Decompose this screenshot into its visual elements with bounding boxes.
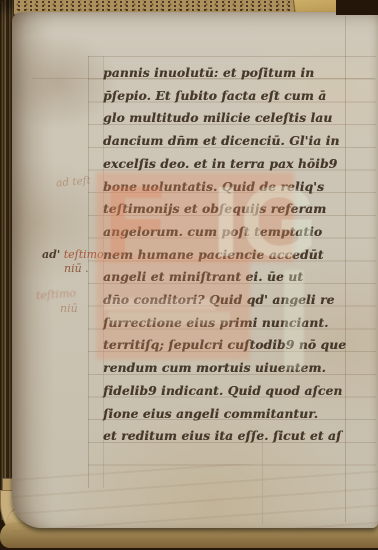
text-block: pannis inuolutū: et poſitum in p̄ſepio. … [103,62,347,448]
manuscript-photo: ad teſt ad' teſtimo niū . teſtimo niū pa… [0,0,378,550]
text-line: angeli et miniſtrant ei. ūe ut [103,266,347,289]
margin-note-ad-testimonium: ad' teſtimo [42,248,104,261]
margin-note-prefix: ad' [42,248,60,261]
text-line: ſurrectione eius primi nunciant. [103,312,347,335]
text-line: dancium dn̄m et dicenciū. Gl'ia in [103,130,347,153]
text-line: glo multitudo milicie celeſtis lau [103,107,347,130]
text-line: fidelib9 indicant. Quid quod aſcen [103,380,347,403]
margin-note-faint: ad teſt [56,175,92,190]
text-line: rendum cum mortuis uiuentem. [103,357,347,380]
text-line: nem humane paciencie accedūt [103,244,347,267]
margin-note-ghost-line2: niū [60,302,78,315]
text-line: angelorum. cum poſt temptatio [103,221,347,244]
margin-note-ghost: teſtimo [36,287,77,303]
text-line: et reditum eius ita eſſe. ſicut et aſ [103,425,347,448]
text-line: dn̄o conditori? Quid qd' angeli re [103,289,347,312]
text-line: teſtimonijs et obſequijs referam [103,198,347,221]
text-line: territiſq; ſepulcri cuſtodib9 nō que [103,334,347,357]
text-line: p̄ſepio. Et ſubito facta eſt cum ā [103,85,347,108]
margin-note-word: teſtimo [64,248,104,261]
background-gap [336,0,378,15]
margin-note-line2: niū . [64,262,89,275]
text-line: pannis inuolutū: et poſitum in [103,62,347,85]
text-line: ſione eius angeli commitantur. [103,403,347,426]
text-line: bone uoluntatis. Quid de reliq's [103,176,347,199]
text-line: excelſis deo. et in terra pax hōib9 [103,153,347,176]
page-parchment: ad teſt ad' teſtimo niū . teſtimo niū pa… [12,12,378,528]
